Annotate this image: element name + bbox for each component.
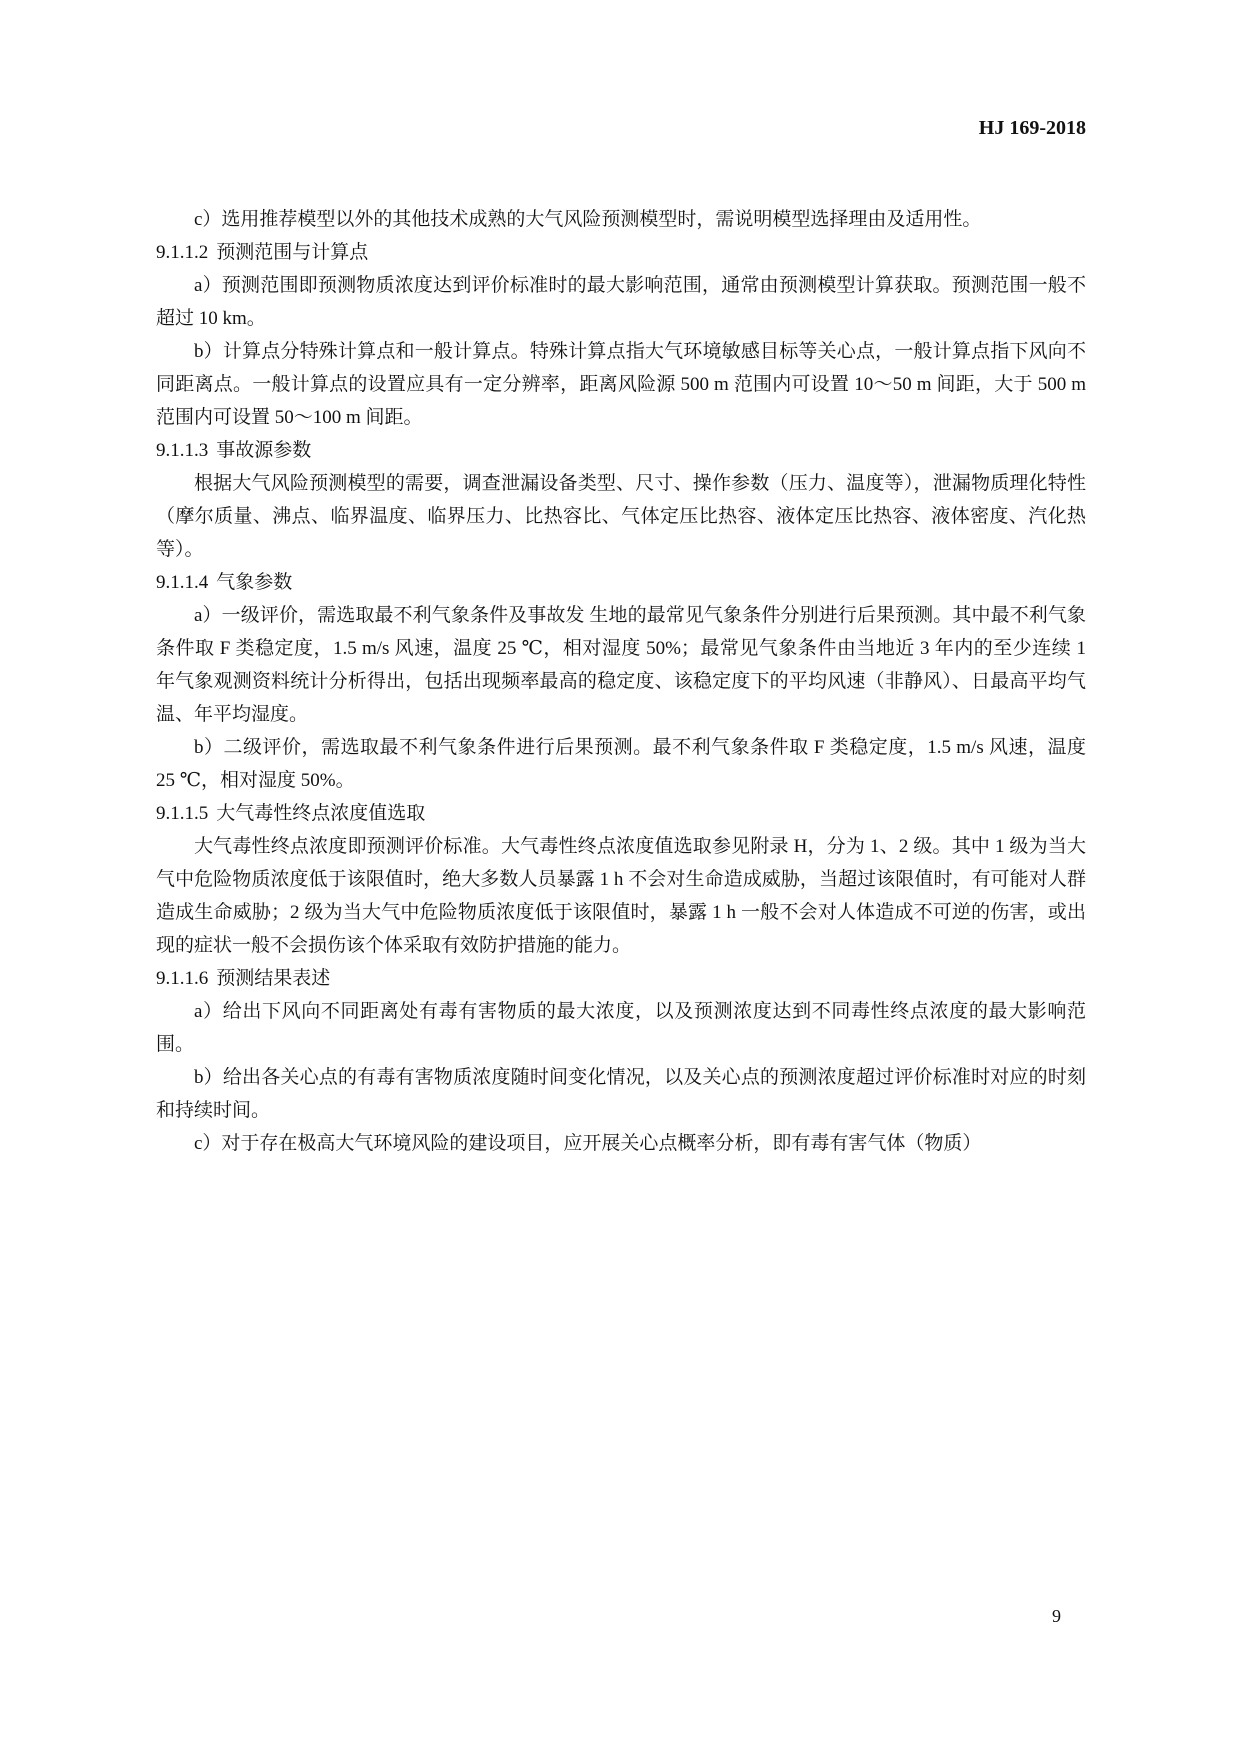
paragraph-meteorology-level-2-b: b）二级评价，需选取最不利气象条件进行后果预测。最不利气象条件取 F 类稳定度，…: [156, 731, 1086, 797]
section-title: 气象参数: [216, 572, 292, 593]
paragraph-toxic-endpoint: 大气毒性终点浓度即预测评价标准。大气毒性终点浓度值选取参见附录 H，分为 1、2…: [156, 830, 1086, 962]
document-body: c）选用推荐模型以外的其他技术成熟的大气风险预测模型时，需说明模型选择理由及适用…: [156, 203, 1086, 1160]
section-heading-9-1-1-3: 9.1.1.3事故源参数: [156, 434, 1086, 467]
paragraph-accident-source-params: 根据大气风险预测模型的需要，调查泄漏设备类型、尺寸、操作参数（压力、温度等），泄…: [156, 467, 1086, 566]
section-heading-9-1-1-4: 9.1.1.4气象参数: [156, 566, 1086, 599]
section-title: 大气毒性终点浓度值选取: [216, 803, 425, 824]
standard-code-header: HJ 169-2018: [979, 117, 1086, 140]
section-title: 事故源参数: [216, 440, 311, 461]
paragraph-model-selection-c: c）选用推荐模型以外的其他技术成熟的大气风险预测模型时，需说明模型选择理由及适用…: [156, 203, 1086, 236]
paragraph-prediction-range-a: a）预测范围即预测物质浓度达到评价标准时的最大影响范围，通常由预测模型计算获取。…: [156, 269, 1086, 335]
paragraph-results-a: a）给出下风向不同距离处有毒有害物质的最大浓度，以及预测浓度达到不同毒性终点浓度…: [156, 995, 1086, 1061]
section-title: 预测范围与计算点: [216, 242, 368, 263]
section-number: 9.1.1.2: [156, 242, 208, 263]
page-number: 9: [1052, 1606, 1061, 1627]
section-heading-9-1-1-5: 9.1.1.5大气毒性终点浓度值选取: [156, 797, 1086, 830]
section-number: 9.1.1.4: [156, 572, 208, 593]
section-heading-9-1-1-2: 9.1.1.2预测范围与计算点: [156, 236, 1086, 269]
section-number: 9.1.1.6: [156, 968, 208, 989]
section-heading-9-1-1-6: 9.1.1.6预测结果表述: [156, 962, 1086, 995]
paragraph-calculation-points-b: b）计算点分特殊计算点和一般计算点。特殊计算点指大气环境敏感目标等关心点，一般计…: [156, 335, 1086, 434]
section-number: 9.1.1.5: [156, 803, 208, 824]
paragraph-results-b: b）给出各关心点的有毒有害物质浓度随时间变化情况，以及关心点的预测浓度超过评价标…: [156, 1061, 1086, 1127]
paragraph-meteorology-level-1-a: a）一级评价，需选取最不利气象条件及事故发 生地的最常见气象条件分别进行后果预测…: [156, 599, 1086, 731]
paragraph-results-c: c）对于存在极高大气环境风险的建设项目，应开展关心点概率分析，即有毒有害气体（物…: [156, 1127, 1086, 1160]
section-title: 预测结果表述: [216, 968, 330, 989]
section-number: 9.1.1.3: [156, 440, 208, 461]
